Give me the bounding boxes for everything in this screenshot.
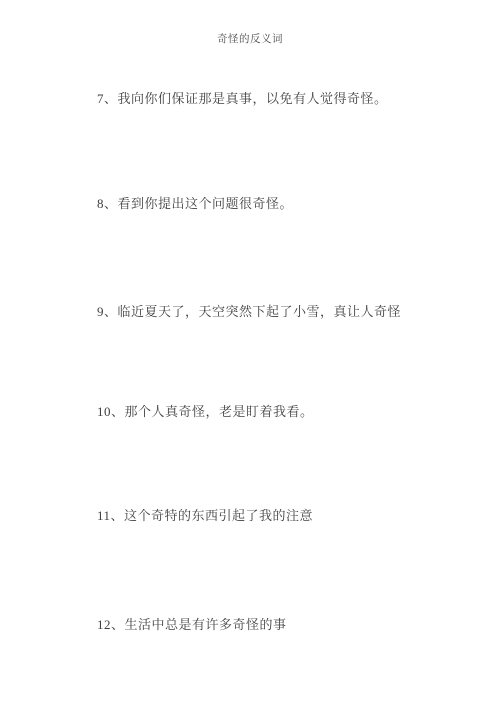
document-title: 奇怪的反义词 (0, 31, 500, 46)
sentence-item-10: 10、那个人真奇怪，老是盯着我看。 (97, 404, 470, 421)
sentence-item-12: 12、生活中总是有许多奇怪的事 (97, 617, 470, 634)
sentence-item-7: 7、我向你们保证那是真事，以免有人觉得奇怪。 (97, 91, 470, 108)
sentence-item-11: 11、这个奇特的东西引起了我的注意 (97, 508, 470, 525)
document-page: 奇怪的反义词 7、我向你们保证那是真事，以免有人觉得奇怪。 8、看到你提出这个问… (0, 0, 500, 707)
sentence-item-9: 9、临近夏天了，天空突然下起了小雪，真让人奇怪 (97, 304, 470, 321)
sentence-item-8: 8、看到你提出这个问题很奇怪。 (97, 196, 470, 213)
